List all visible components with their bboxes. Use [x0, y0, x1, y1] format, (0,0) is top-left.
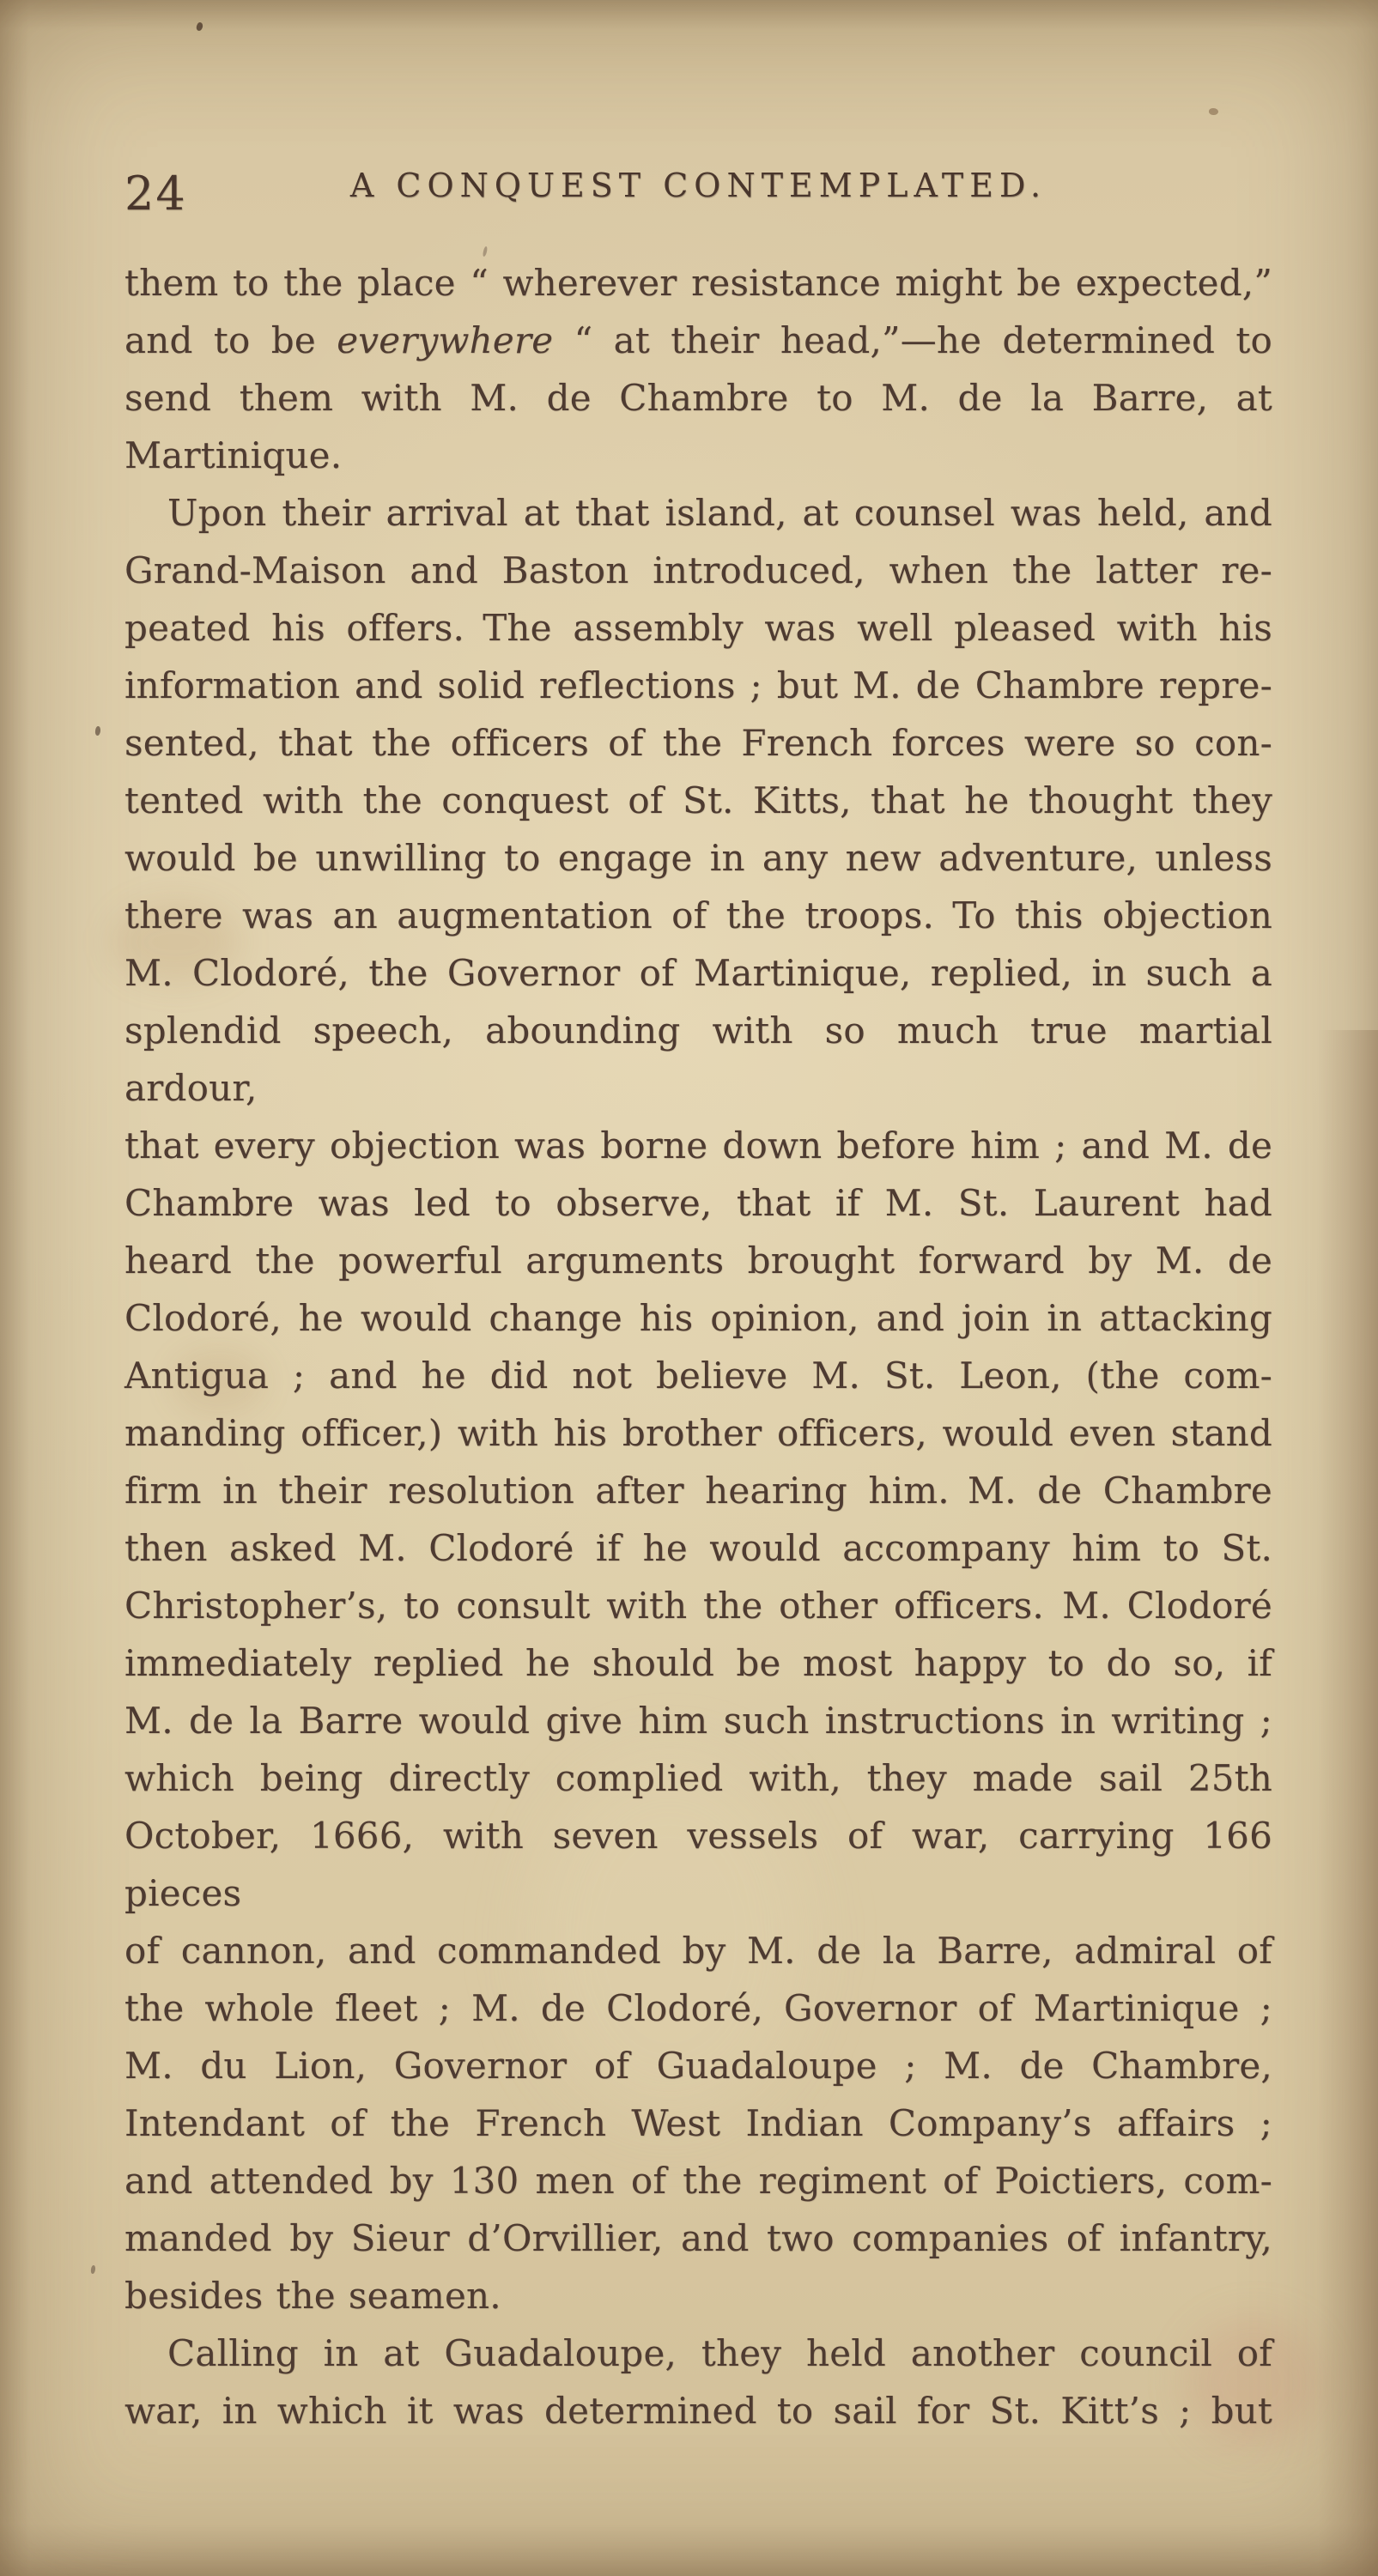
text-line: Grand-Maison and Baston introduced, when… — [124, 542, 1272, 599]
text-line: M. du Lion, Governor of Guadaloupe ; M. … — [124, 2037, 1272, 2094]
text-line: which being directly complied with, they… — [124, 1749, 1272, 1807]
running-title: A CONQUEST CONTEMPLATED. — [124, 167, 1272, 204]
text-line: M. Clodoré, the Governor of Martinique, … — [124, 944, 1272, 1002]
text-line: of cannon, and commanded by M. de la Bar… — [124, 1922, 1272, 1979]
text-line: them to the place “ wherever resistance … — [124, 254, 1272, 312]
text-line: Clodoré, he would change his opinion, an… — [124, 1289, 1272, 1347]
text-line: M. de la Barre would give him such instr… — [124, 1692, 1272, 1749]
scan-edge-shadow — [0, 0, 29, 2576]
scan-edge-shadow — [0, 2524, 1378, 2576]
text-line: would be unwilling to engage in any new … — [124, 829, 1272, 887]
ink-speck — [196, 21, 204, 32]
text-line: tented with the conquest of St. Kitts, t… — [124, 772, 1272, 829]
text-line: there was an augmentation of the troops.… — [124, 887, 1272, 944]
text-line: Chambre was led to observe, that if M. S… — [124, 1174, 1272, 1232]
text-line: October, 1666, with seven vessels of war… — [124, 1807, 1272, 1922]
page-header: 24 A CONQUEST CONTEMPLATED. — [124, 167, 1272, 221]
text-line: Intendant of the French West Indian Comp… — [124, 2094, 1272, 2152]
ink-speck — [1209, 108, 1218, 115]
body-text: them to the place “ wherever resistance … — [124, 254, 1272, 2440]
text-line: splendid speech, abounding with so much … — [124, 1002, 1272, 1117]
text-line: that every objection was borne down befo… — [124, 1117, 1272, 1174]
text-line: besides the seamen. — [124, 2267, 1272, 2324]
text-line: Upon their arrival at that island, at co… — [124, 484, 1272, 542]
ink-speck — [94, 726, 100, 736]
book-page: 24 A CONQUEST CONTEMPLATED. them to the … — [0, 0, 1378, 2576]
text-line: peated his offers. The assembly was well… — [124, 599, 1272, 657]
text-line: and to be everywhere “ at their head,”—h… — [124, 312, 1272, 369]
text-line: war, in which it was determined to sail … — [124, 2382, 1272, 2440]
text-line: Christopher’s, to consult with the other… — [124, 1577, 1272, 1634]
text-line: heard the powerful arguments brought for… — [124, 1232, 1272, 1289]
text-line: and attended by 130 men of the regiment … — [124, 2152, 1272, 2209]
text-line: Calling in at Guadaloupe, they held anot… — [124, 2324, 1272, 2382]
ink-speck — [90, 2265, 96, 2275]
text-line: then asked M. Clodoré if he would accomp… — [124, 1519, 1272, 1577]
text-line: Martinique. — [124, 427, 1272, 484]
text-line: information and solid reflections ; but … — [124, 657, 1272, 714]
text-line: immediately replied he should be most ha… — [124, 1634, 1272, 1692]
text-line: firm in their resolution after hearing h… — [124, 1462, 1272, 1519]
scan-edge-shadow — [0, 0, 1378, 29]
text-line: manded by Sieur d’Orvillier, and two com… — [124, 2209, 1272, 2267]
scan-edge-shadow — [1318, 1030, 1378, 2576]
text-line: Antigua ; and he did not believe M. St. … — [124, 1347, 1272, 1404]
text-line: manding officer,) with his brother offic… — [124, 1404, 1272, 1462]
text-line: sented, that the officers of the French … — [124, 714, 1272, 772]
text-line: the whole fleet ; M. de Clodoré, Governo… — [124, 1979, 1272, 2037]
text-line: send them with M. de Chambre to M. de la… — [124, 369, 1272, 427]
